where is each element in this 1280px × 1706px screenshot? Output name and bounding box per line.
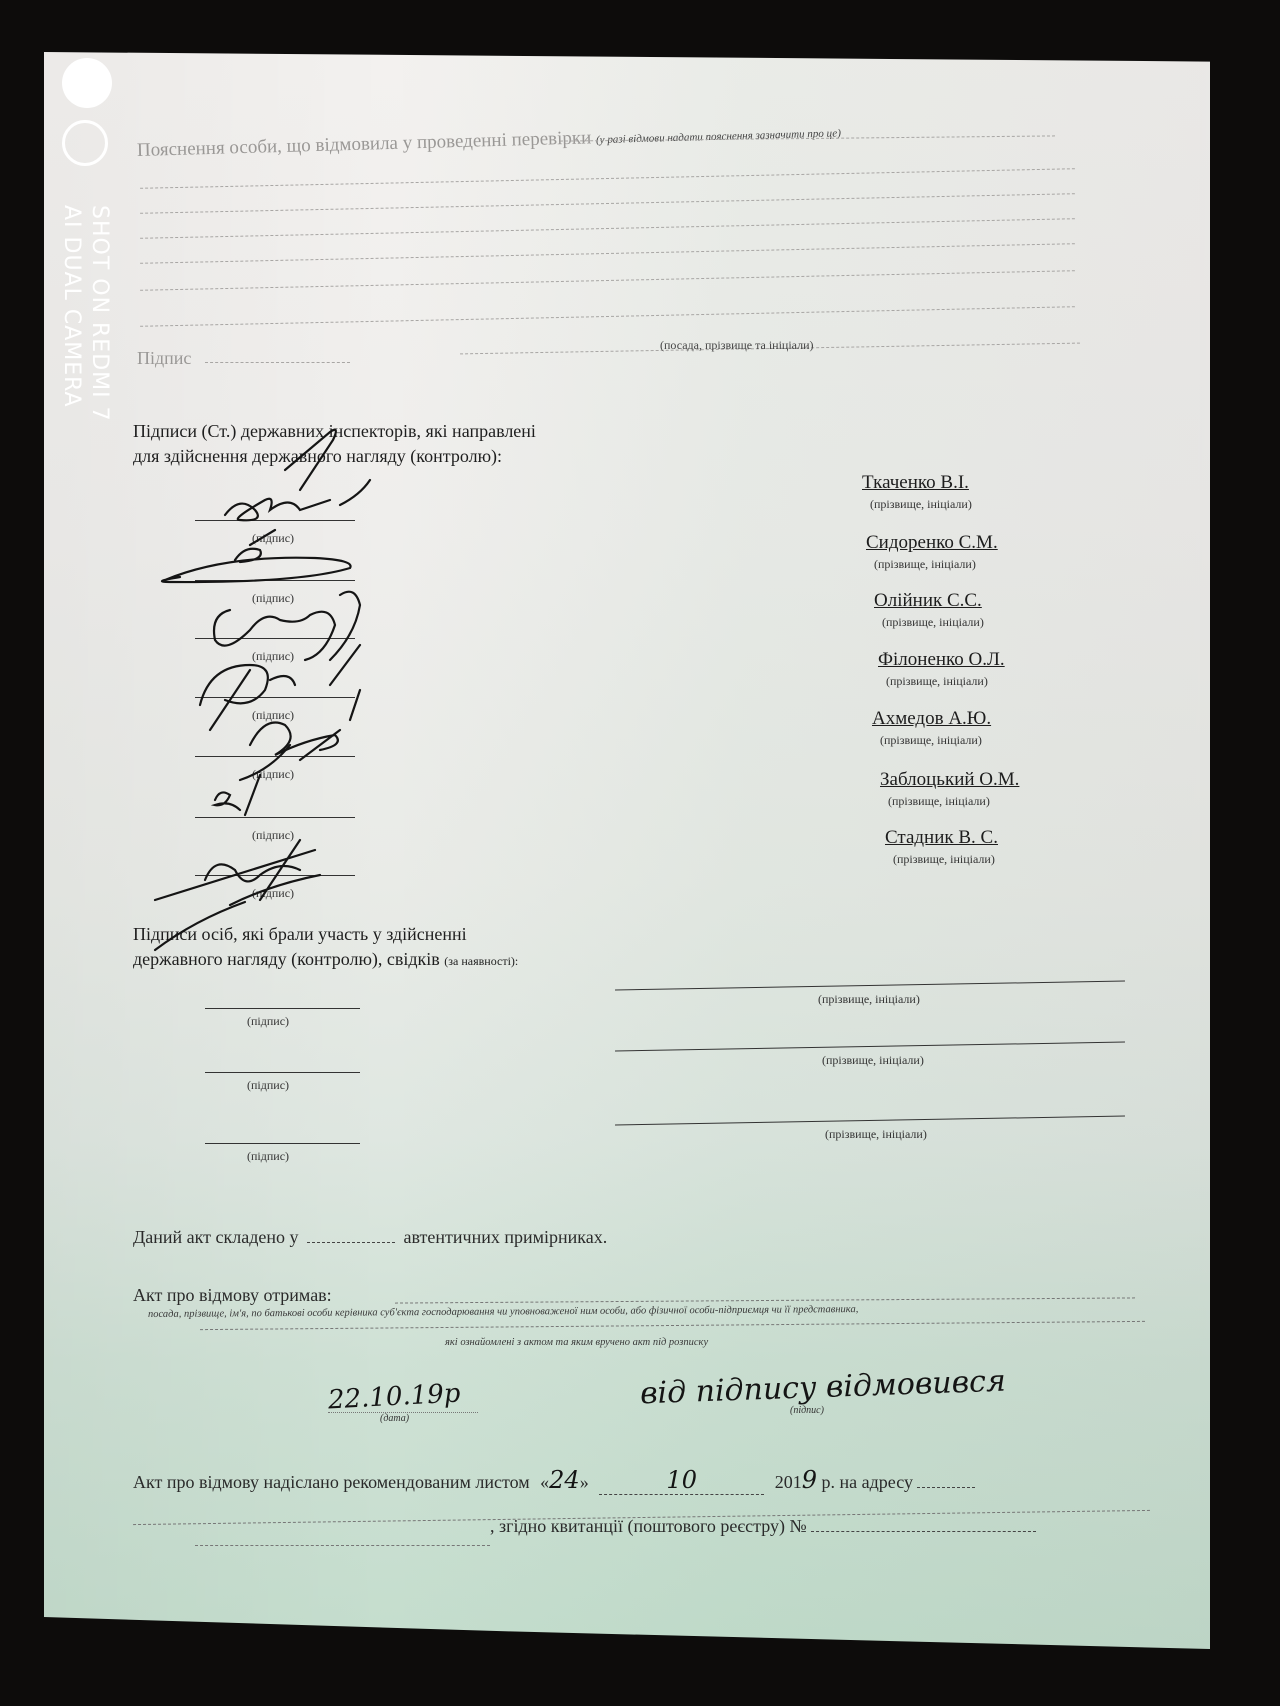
inspector-signature-line[interactable] bbox=[195, 580, 355, 581]
act-sent-receipt-number-field[interactable] bbox=[811, 1531, 1036, 1532]
act-sent-month: 10 bbox=[666, 1466, 697, 1494]
participant-signature-line[interactable] bbox=[205, 1072, 360, 1073]
participants-heading-note: (за наявності): bbox=[444, 954, 518, 968]
act-received-signature-caption: (підпис) bbox=[790, 1405, 824, 1416]
inspectors-heading-line2: для здійснення державного нагляду (контр… bbox=[133, 446, 502, 467]
act-sent-year-prefix: 201 bbox=[775, 1472, 802, 1492]
inspector-signature-line[interactable] bbox=[195, 697, 355, 698]
act-sent-receipt-text: , згідно квитанції (поштового реєстру) № bbox=[490, 1516, 807, 1536]
act-sent-year-digit[interactable]: 9 bbox=[802, 1466, 817, 1494]
participant-signature-caption: (підпис) bbox=[247, 1014, 289, 1029]
inspector-name: Заблоцький О.М. bbox=[880, 769, 1019, 791]
participants-heading-line1: Підписи осіб, які брали участь у здійсне… bbox=[133, 924, 467, 945]
inspector-signature-caption: (підпис) bbox=[252, 531, 294, 546]
inspector-name: Сидоренко С.М. bbox=[866, 532, 998, 554]
watermark-line1: SHOT ON REDMI 7 bbox=[87, 205, 112, 422]
inspector-signature-caption: (підпис) bbox=[252, 767, 294, 782]
act-copies-suffix: автентичних примірниках. bbox=[404, 1227, 608, 1247]
inspector-name-caption: (прізвище, ініціали) bbox=[880, 733, 982, 748]
inspector-signature-caption: (підпис) bbox=[252, 591, 294, 606]
act-received-label: Акт про відмову отримав: bbox=[133, 1285, 332, 1306]
participant-name-caption: (прізвище, ініціали) bbox=[822, 1053, 924, 1068]
participants-heading-line2: державного нагляду (контролю), свідків (… bbox=[133, 949, 518, 970]
act-sent-receipt-row: , згідно квитанції (поштового реєстру) № bbox=[490, 1516, 1036, 1537]
act-received-date-caption: (дата) bbox=[380, 1413, 409, 1424]
act-copies-row: Даний акт складено у автентичних примірн… bbox=[133, 1227, 607, 1248]
act-sent-month-field[interactable]: 10 bbox=[599, 1466, 764, 1495]
act-copies-count-field[interactable] bbox=[307, 1242, 395, 1243]
inspectors-heading-line1: Підписи (Ст.) державних інспекторів, які… bbox=[133, 421, 536, 442]
participant-name-caption: (прізвище, ініціали) bbox=[818, 992, 920, 1007]
watermark-line2: AI DUAL CAMERA bbox=[59, 205, 84, 408]
inspector-name: Філоненко О.Л. bbox=[878, 649, 1005, 671]
act-sent-year-suffix: р. на адресу bbox=[821, 1472, 912, 1492]
refusal-signature-line[interactable] bbox=[205, 362, 350, 363]
act-sent-extra-line[interactable] bbox=[195, 1545, 490, 1546]
inspector-name-caption: (прізвище, ініціали) bbox=[870, 497, 972, 512]
participant-signature-caption: (підпис) bbox=[247, 1078, 289, 1093]
inspector-signature-line[interactable] bbox=[195, 520, 355, 521]
inspector-signature-line[interactable] bbox=[195, 756, 355, 757]
participant-signature-line[interactable] bbox=[205, 1143, 360, 1144]
document-page bbox=[44, 52, 1210, 1649]
inspector-name-caption: (прізвище, ініціали) bbox=[874, 557, 976, 572]
inspector-signature-caption: (підпис) bbox=[252, 886, 294, 901]
refusal-position-caption: (посада, прізвище та ініціали) bbox=[660, 338, 814, 353]
act-sent-prefix: Акт про відмову надіслано рекомендованим… bbox=[133, 1472, 530, 1492]
inspector-name-caption: (прізвище, ініціали) bbox=[893, 852, 995, 867]
refusal-signature-label: Підпис bbox=[137, 348, 191, 369]
participant-signature-caption: (підпис) bbox=[247, 1149, 289, 1164]
inspector-signature-caption: (підпис) bbox=[252, 649, 294, 664]
inspector-name: Ахмедов А.Ю. bbox=[872, 708, 991, 730]
watermark-dot-icon bbox=[62, 58, 112, 108]
inspector-signature-caption: (підпис) bbox=[252, 828, 294, 843]
act-received-caption-2: які ознайомлені з актом та яким вручено … bbox=[445, 1337, 708, 1348]
inspector-signature-line[interactable] bbox=[195, 875, 355, 876]
participant-signature-line[interactable] bbox=[205, 1008, 360, 1009]
inspector-name: Ткаченко В.І. bbox=[862, 472, 969, 494]
inspector-name: Стадник В. С. bbox=[885, 827, 998, 849]
act-sent-address-field[interactable] bbox=[917, 1487, 975, 1488]
inspector-name: Олійник С.С. bbox=[874, 590, 982, 612]
participant-name-caption: (прізвище, ініціали) bbox=[825, 1127, 927, 1142]
quote-close: » bbox=[580, 1472, 589, 1492]
inspector-signature-caption: (підпис) bbox=[252, 708, 294, 723]
inspector-name-caption: (прізвище, ініціали) bbox=[886, 674, 988, 689]
inspector-name-caption: (прізвище, ініціали) bbox=[882, 615, 984, 630]
quote-open: « bbox=[540, 1472, 549, 1492]
inspector-signature-line[interactable] bbox=[195, 638, 355, 639]
watermark-ring-icon bbox=[62, 120, 108, 166]
act-copies-prefix: Даний акт складено у bbox=[133, 1227, 299, 1247]
participants-heading-text: державного нагляду (контролю), свідків bbox=[133, 949, 440, 969]
act-sent-row: Акт про відмову надіслано рекомендованим… bbox=[133, 1466, 975, 1495]
refusal-note: (у разі відмови надати пояснення зазначи… bbox=[596, 127, 841, 146]
inspector-name-caption: (прізвище, ініціали) bbox=[888, 794, 990, 809]
inspector-signature-line[interactable] bbox=[195, 817, 355, 818]
act-sent-day[interactable]: 24 bbox=[549, 1466, 580, 1494]
